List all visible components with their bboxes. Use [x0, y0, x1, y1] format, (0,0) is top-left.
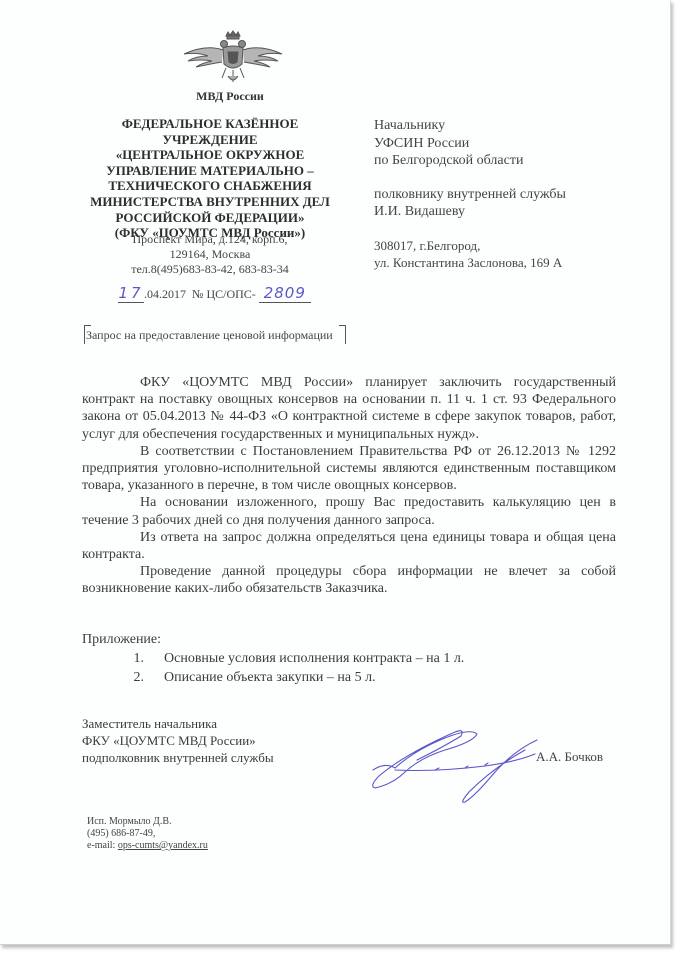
handwritten-day: 17	[118, 284, 144, 303]
attachment-item: 1. Основные условия исполнения контракта…	[82, 649, 464, 668]
recipient-line: Начальнику	[374, 117, 566, 135]
emblem-caption: МВД России	[150, 89, 310, 104]
attachment-item: 2. Описание объекта закупки – на 5 л.	[82, 668, 464, 687]
body-paragraph: Проведение данной процедуры сбора информ…	[82, 563, 616, 597]
recipient-address-line: ул. Константина Заслонова, 169 А	[374, 254, 566, 271]
date-number-line: 17.04.2017 № ЦС/ОПС- 2809	[118, 284, 311, 303]
body-paragraph: В соответствии с Постановлением Правител…	[82, 443, 616, 495]
address-line: тел.8(495)683-83-42, 683-83-34	[60, 262, 360, 277]
organization-address: Проспект Мира, д.124, корп.6, 129164, Мо…	[60, 232, 360, 277]
org-line: РОССИЙСКОЙ ФЕДЕРАЦИИ»	[60, 210, 360, 226]
recipient-rank: полковнику внутренней службы	[374, 186, 566, 204]
attachments-list: 1. Основные условия исполнения контракта…	[82, 649, 464, 687]
org-line: УПРАВЛЕНИЕ МАТЕРИАЛЬНО –	[60, 163, 360, 179]
subject-line: Запрос на предоставление ценовой информа…	[86, 328, 333, 343]
attachments-heading: Приложение:	[82, 630, 464, 649]
letter-page: МВД России ФЕДЕРАЛЬНОЕ КАЗЁННОЕ УЧРЕЖДЕН…	[0, 0, 671, 945]
email-label: e-mail:	[87, 840, 118, 851]
executor-email-link[interactable]: ops-cumts@yandex.ru	[118, 840, 208, 851]
recipient-line: УФСИН России	[374, 135, 566, 153]
signer-name: А.А. Бочков	[536, 749, 603, 765]
outgoing-number-prefix: № ЦС/ОПС-	[192, 287, 256, 301]
recipient-line: по Белгородской области	[374, 152, 566, 170]
executor-email-line: e-mail: ops-cumts@yandex.ru	[87, 840, 208, 852]
signer-title-line: подполковник внутренней службы	[82, 749, 274, 766]
handwritten-number: 2809	[259, 284, 311, 303]
org-line: «ЦЕНТРАЛЬНОЕ ОКРУЖНОЕ	[60, 147, 360, 163]
letter-body: ФКУ «ЦОУМТС МВД России» планирует заключ…	[82, 374, 616, 598]
mvd-emblem-icon	[178, 30, 288, 92]
body-paragraph: Из ответа на запрос должна определяться …	[82, 529, 616, 563]
executor-phone: (495) 686-87-49,	[87, 828, 208, 840]
executor-block: Исп. Мормыло Д.В. (495) 686-87-49, e-mai…	[87, 816, 208, 852]
subject-bracket-right	[339, 325, 346, 344]
address-line: 129164, Москва	[60, 247, 360, 262]
handwritten-signature-icon	[365, 710, 545, 805]
body-paragraph: ФКУ «ЦОУМТС МВД России» планирует заключ…	[82, 374, 616, 443]
org-line: УЧРЕЖДЕНИЕ	[60, 132, 360, 148]
body-paragraph: На основании изложенного, прошу Вас пред…	[82, 494, 616, 528]
recipient-block: Начальнику УФСИН России по Белгородской …	[374, 117, 566, 271]
date-month-year: .04.2017	[144, 287, 186, 301]
recipient-address-line: 308017, г.Белгород,	[374, 237, 566, 254]
org-line: ФЕДЕРАЛЬНОЕ КАЗЁННОЕ	[60, 116, 360, 132]
signer-title-line: Заместитель начальника	[82, 715, 274, 732]
recipient-name: И.И. Видашеву	[374, 203, 566, 221]
signer-title-line: ФКУ «ЦОУМТС МВД России»	[82, 732, 274, 749]
executor-name: Исп. Мормыло Д.В.	[87, 816, 208, 828]
org-line: ТЕХНИЧЕСКОГО СНАБЖЕНИЯ	[60, 178, 360, 194]
org-line: МИНИСТЕРСТВА ВНУТРЕННИХ ДЕЛ	[60, 194, 360, 210]
address-line: Проспект Мира, д.124, корп.6,	[60, 232, 360, 247]
signer-title: Заместитель начальника ФКУ «ЦОУМТС МВД Р…	[82, 715, 274, 766]
attachments-block: Приложение: 1. Основные условия исполнен…	[82, 630, 464, 687]
organization-name: ФЕДЕРАЛЬНОЕ КАЗЁННОЕ УЧРЕЖДЕНИЕ «ЦЕНТРАЛ…	[60, 116, 360, 241]
